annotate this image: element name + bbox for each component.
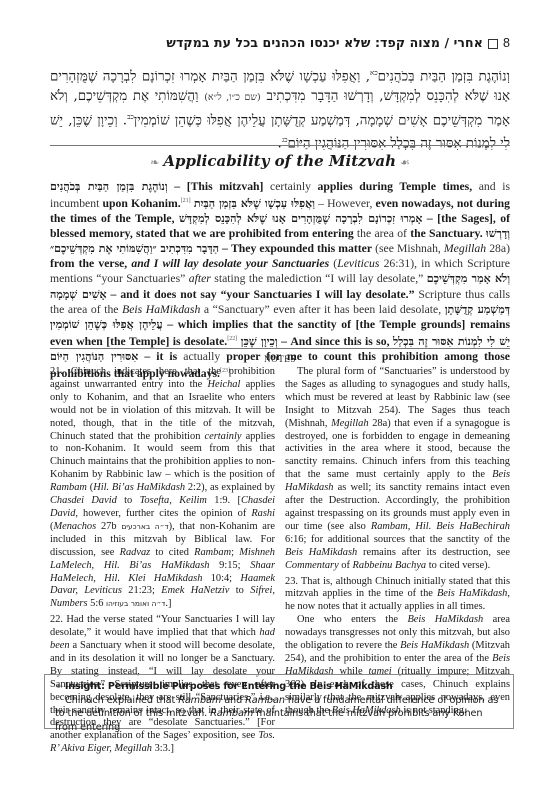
light-text: stating the malediction “I will lay deso… [211,272,423,285]
hebrew-phrase: וְכֵיוָן שֶׁכֵּן [241,335,278,348]
italic-text: after [189,272,211,285]
hebrew-text-part: וְנוֹהֶגֶת בִּזְמַן הַבַּיִת בְּכֹהֲנִים [378,69,510,84]
footnote-ref-22[interactable]: [22] [227,336,237,342]
footnote-ref-21[interactable]: כא [370,69,378,77]
section-title-text: Applicability of the Mitzvah [163,152,396,170]
italic-text: Megillah [444,242,486,255]
insight-title: ☙Insight: Permissible Purposes for Enter… [55,681,505,692]
light-text: (see Mishnah, [372,242,444,255]
hebrew-phrase: וַאֲפִלּוּ עַכְשָׁו שֶׁלֹּא בִּזְמַן הַב… [194,197,315,210]
translation-commentary: וְנוֹהֶגֶת בִּזְמַן הַבַּיִת בְּכֹהֲנִים… [50,179,510,381]
hebrew-phrase: וְנוֹהֶגֶת בִּזְמַן הַבַּיִת בְּכֹהֲנִים [50,180,168,193]
bold-text: [This mitzvah] [187,180,264,193]
hebrew-source-text: וְנוֹהֶגֶת בִּזְמַן הַבַּיִת בְּכֹהֲנִים… [50,64,510,154]
running-head-title: אחרי / מצוה קפד: שלא יכנסו הכהנים בכל עת… [166,35,483,50]
bold-text: applies during Temple times, [318,180,473,193]
hebrew-phrase: אָמְרוּ זִכְרוֹנָם לִבְרָכָה שֶׁמֻּזְהָר… [179,212,422,225]
light-text: the area of [354,227,411,240]
ornament-left-icon: ❧ [150,156,159,169]
light-text: a “Sanctuary” even after it has been lai… [200,303,441,316]
italic-text: Beis HaMikdash [122,303,200,316]
light-text: certainly [263,180,317,193]
notes-heading: NOTES [50,354,510,364]
bold-text: – And since this is so, [278,335,390,348]
notes-divider [50,348,510,349]
light-text: ( [329,257,337,270]
footnote-ref-22[interactable]: כב [127,113,134,121]
ornament-right-icon: ☙ [400,156,410,169]
insight-body: Chinuch explained that Rambam and Ramban… [55,694,505,734]
note-22-continued: The plural form of “Sanctuaries” is unde… [285,366,510,573]
ornament-icon: ☙ [55,682,63,692]
section-title: ❧Applicability of the Mitzvah☙ [50,152,510,170]
bold-text: upon Kohanim. [102,197,180,210]
light-text: – However, [315,197,376,210]
bold-text: – They expounded this matter [219,242,372,255]
footnote-ref-21[interactable]: [21] [181,198,191,204]
dash: – [168,180,187,193]
bold-text: from the verse, [50,257,131,270]
note-21: 21. Chinuch indicates here that the proh… [50,366,275,611]
light-text: 28a) [486,242,510,255]
verse-quote: and I will lay desolate your Sanctuaries [131,257,329,270]
bold-text: the Sanctuary. [410,227,482,240]
italic-text: Leviticus [337,257,379,270]
verse-source: (שם כ״ו, ל״א) [204,92,261,103]
insight-box: ☙Insight: Permissible Purposes for Enter… [44,674,514,729]
note-23: 23. That is, although Chinuch initially … [285,576,510,615]
running-head: 8אחרי / מצוה קפד: שלא יכנסו הכהנים בכל ע… [50,35,510,50]
bold-text: – and it does not say “your Sanctuaries … [107,288,415,301]
divider [50,145,510,146]
box-icon [488,39,498,49]
page-number: 8 [503,36,510,50]
insight-title-text: Insight: Permissible Purposes for Enteri… [65,681,393,692]
